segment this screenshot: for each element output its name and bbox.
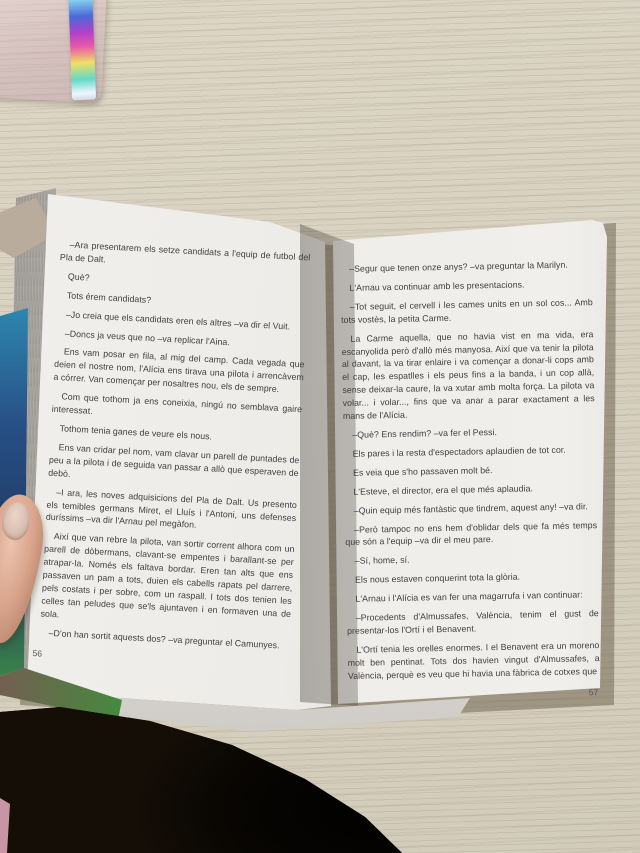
paragraph: –Però tampoc no ens hem d'oblidar dels q… [345, 519, 597, 550]
paragraph: –Procedents d'Almussafes, València, teni… [347, 607, 599, 638]
paragraph: –Què? Ens rendim? –va fer el Pessi. [343, 424, 595, 442]
paragraph: –I ara, les noves adquisicions del Pla d… [46, 485, 298, 537]
paragraph: L'Arnau i l'Alícia es van fer una magarr… [346, 588, 598, 606]
paragraph: Els pares i la resta d'espectadors aplau… [344, 443, 596, 461]
paragraph: La Carme aquella, que no havia vist en m… [341, 328, 595, 423]
paragraph: L'Esteve, el director, era el que més ap… [344, 481, 596, 499]
paragraph: Ens van cridar pel nom, vam clavar un pa… [48, 441, 300, 493]
holographic-strip [68, 0, 96, 100]
paragraph: L'Ortí tenia les orelles enormes. I el B… [347, 639, 600, 683]
right-page-text: –Segur que tenen onze anys? –va pregunta… [340, 258, 600, 703]
pink-candies [0, 0, 75, 87]
left-page-text: –Ara presentarem els setze candidats a l… [38, 238, 310, 673]
thumb-nail [0, 500, 32, 542]
paragraph: Així que van rebre la pilota, van sortir… [40, 530, 295, 634]
paragraph: L'Arnau va continuar amb les presentacio… [340, 277, 592, 295]
paragraph: –Quin equip més fantàstic que tindrem, a… [345, 500, 597, 518]
paragraph: –Tot seguit, el cervell i les cames unit… [341, 296, 593, 327]
candy-bag [0, 0, 107, 103]
paragraph: Els nous estaven conquerint tota la glòr… [346, 569, 598, 587]
paragraph: –Sí, home, sí. [346, 550, 598, 568]
paragraph: Ens vam posar en fila, al mig del camp. … [53, 345, 305, 397]
paragraph: Es veia que s'ho passaven molt bé. [344, 462, 596, 480]
